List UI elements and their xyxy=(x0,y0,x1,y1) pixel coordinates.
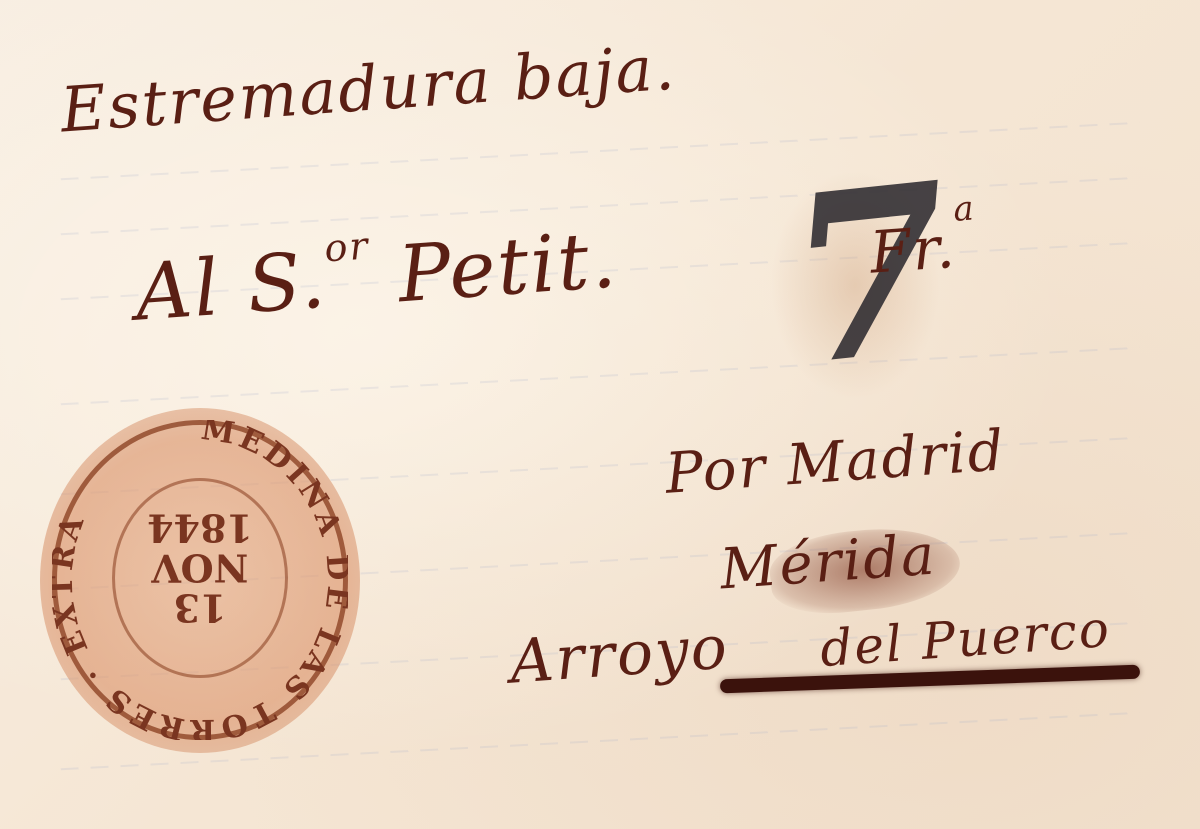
addressee-name: Petit. xyxy=(395,215,620,320)
postmark-day: 13 xyxy=(120,588,280,628)
postmark-month: NOV xyxy=(120,548,280,588)
addressee-suffix-superscript: a xyxy=(952,188,977,229)
addressee-prefix-superscript: or xyxy=(323,223,371,270)
addressee-line: Al S.or Petit. xyxy=(132,215,620,338)
bleed-through-writing xyxy=(61,347,1140,406)
route-line-3: Arroyo xyxy=(508,612,731,697)
postmark-date: 13 NOV 1844 xyxy=(120,508,280,628)
addressee-suffix: Fr.a xyxy=(868,211,981,286)
postmark-year: 1844 xyxy=(120,508,280,548)
route-line-1: Por Madrid xyxy=(663,418,1008,507)
addressee-prefix: Al S. xyxy=(132,236,329,339)
postal-cover: Estremadura baja. Al S.or Petit. 7 Fr.a … xyxy=(0,0,1200,829)
region-header: Estremadura baja. xyxy=(58,31,678,147)
addressee-suffix-text: Fr. xyxy=(868,213,959,287)
